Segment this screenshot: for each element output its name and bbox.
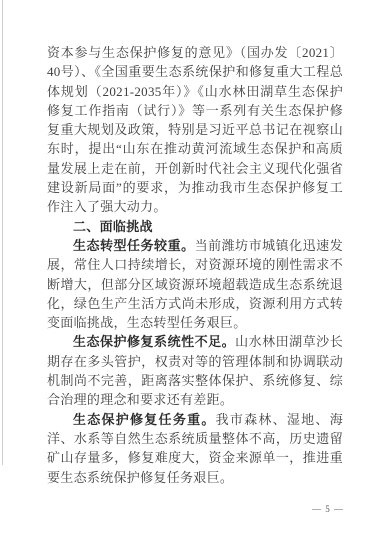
paragraph-lead: 生态转型任务较重。: [73, 238, 195, 253]
document-page: 资本参与生态保护修复的意见》（国办发〔2021〕40号）、《全国重要生态系统保护…: [0, 0, 390, 551]
paragraph-continuation: 资本参与生态保护修复的意见》（国办发〔2021〕40号）、《全国重要生态系统保护…: [47, 43, 343, 217]
scan-edge-line: [2, 0, 3, 465]
paragraph: 生态保护修复系统性不足。山水林田湖草沙长期存在多头管护，权责对等的管理体制和协调…: [47, 332, 343, 409]
paragraph: 生态转型任务较重。当前潍坊市城镇化迅速发展，常住人口持续增长，对资源环境的刚性需…: [47, 236, 343, 332]
paragraph-lead: 生态保护修复任务重。: [73, 412, 216, 427]
section-heading: 二、面临挑战: [47, 217, 343, 236]
paragraph-lead: 生态保护修复系统性不足。: [73, 334, 235, 349]
document-content: 资本参与生态保护修复的意见》（国办发〔2021〕40号）、《全国重要生态系统保护…: [47, 43, 343, 487]
page-number: — 5 —: [312, 503, 344, 515]
paragraph: 生态保护修复任务重。我市森林、湿地、海洋、水系等自然生态系统质量整体不高，历史遗…: [47, 410, 343, 487]
